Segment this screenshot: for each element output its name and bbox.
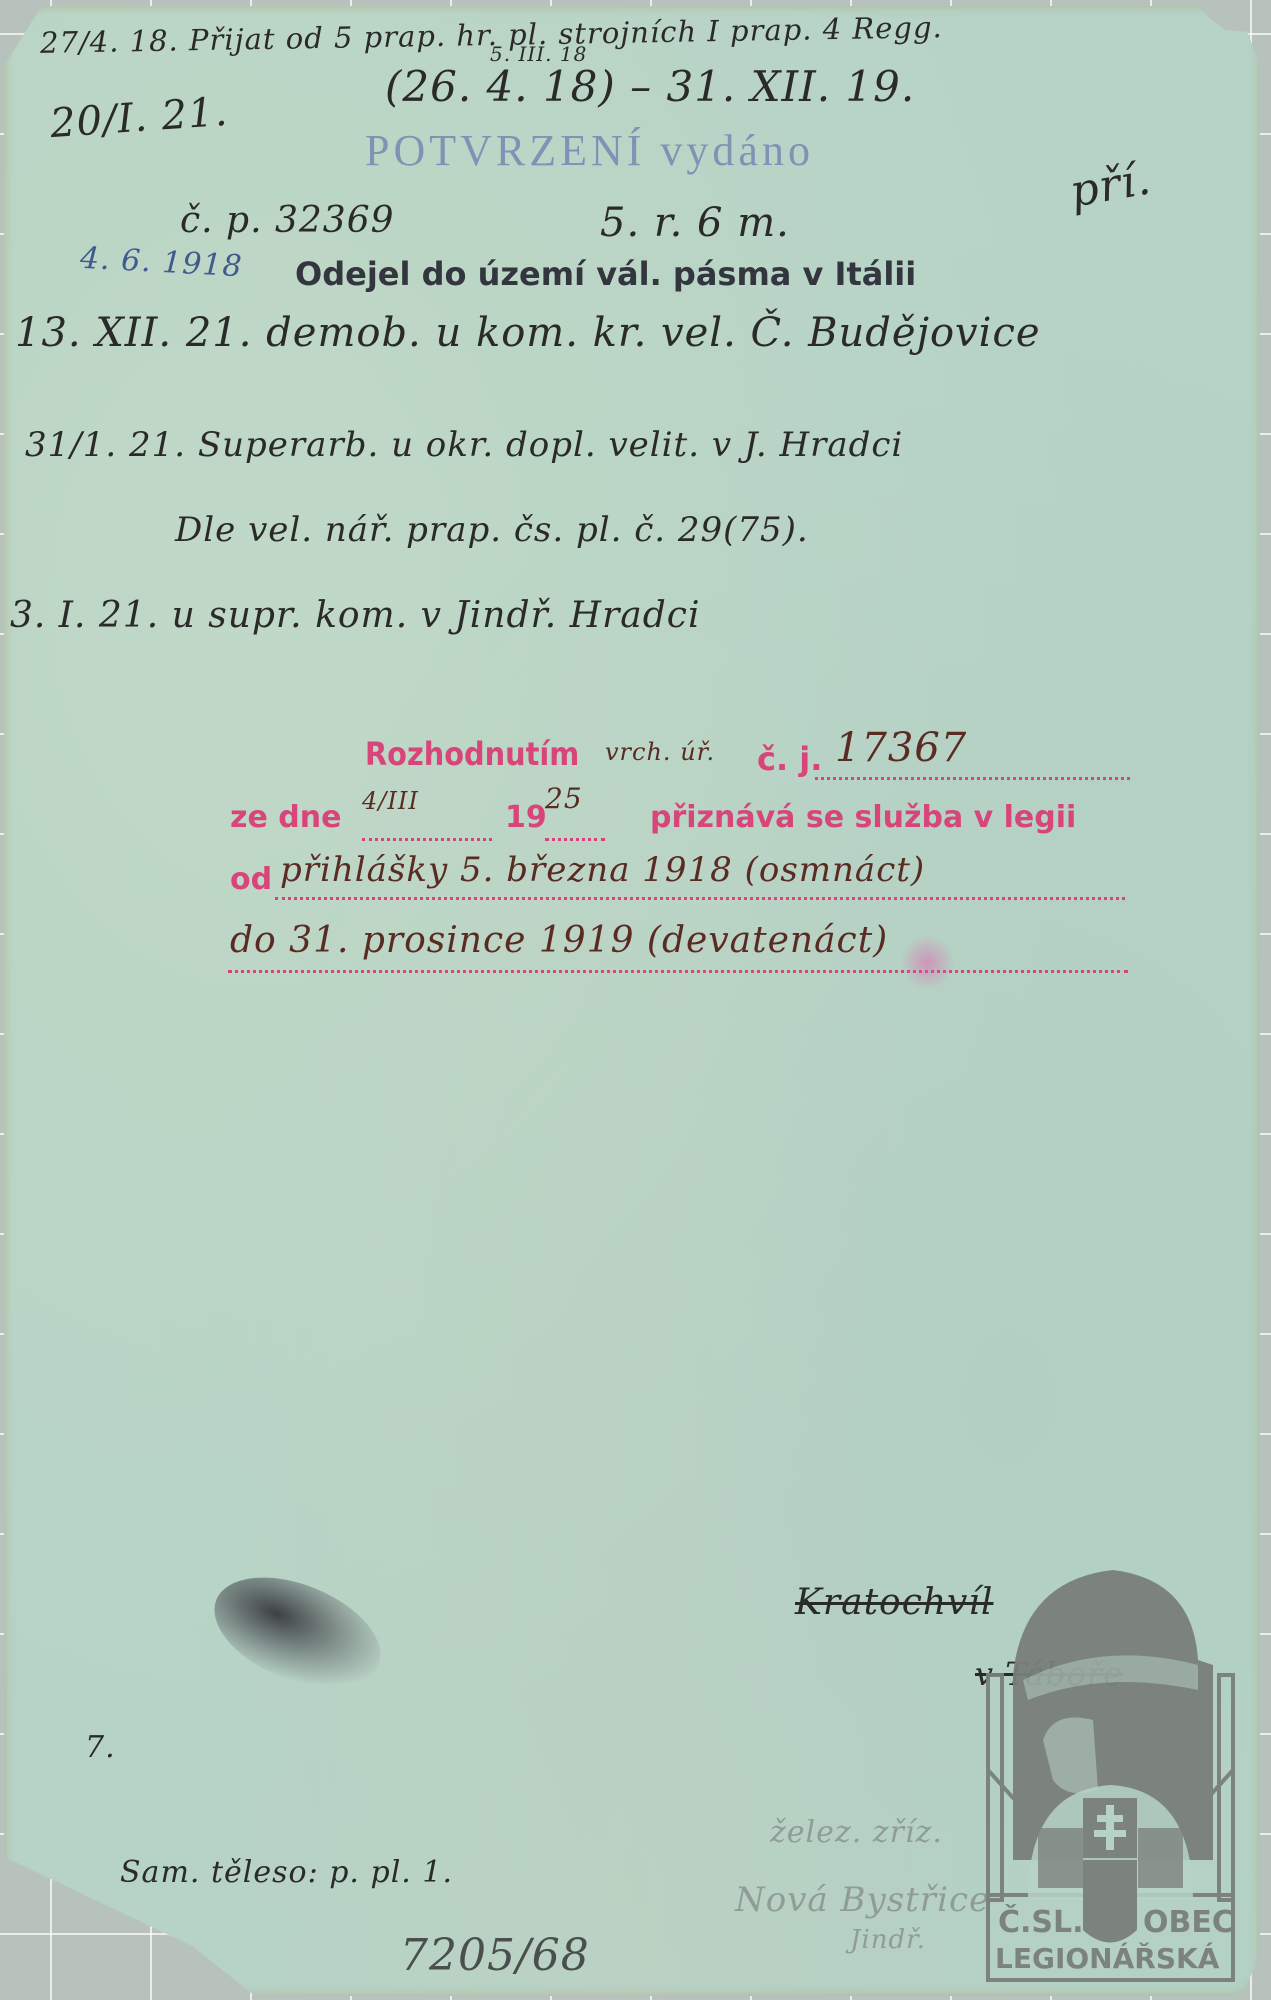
pencil-note-1: želez. zříz. [770, 1815, 943, 1850]
logo-text-obec: OBEC [1143, 1905, 1234, 1940]
decision-from-value: přihlášky 5. března 1918 (osmnáct) [280, 850, 925, 890]
logo-text-legionarska: LEGIONÁŘSKÁ [995, 1942, 1219, 1975]
archive-number: 7205/68 [400, 1930, 590, 1981]
decision-date-label: ze dne [230, 800, 341, 835]
date-underline [362, 838, 492, 841]
logo-text-csl: Č.SL. [998, 1905, 1084, 1940]
decision-year-prefix: 19 [505, 800, 547, 835]
confirmation-stamp: POTVRZENÍ vydáno [365, 125, 814, 176]
to-underline [228, 970, 1128, 973]
from-underline [275, 897, 1125, 900]
entry-supr-kom: 3. I. 21. u supr. kom. v Jindř. Hradci [10, 595, 700, 636]
ink-blot [900, 935, 955, 990]
decision-year-suffix: 25 [545, 782, 583, 815]
bottom-note: Sam. těleso: p. pl. 1. [120, 1855, 453, 1890]
decision-date-value: 4/III [362, 787, 419, 815]
pencil-note-3: Jindř. [850, 1925, 926, 1955]
decision-authority: vrch. úř. [605, 738, 715, 766]
entry-vel: Dle vel. nář. prap. čs. pl. č. 29(75). [175, 510, 809, 550]
decision-word: Rozhodnutím [365, 735, 579, 773]
decision-to-value: do 31. prosince 1919 (devatenáct) [230, 920, 888, 961]
decision-cj-number: 17367 [835, 725, 967, 771]
small-mark: 7. [85, 1730, 116, 1765]
service-range: (26. 4. 18) – 31. XII. 19. [385, 62, 915, 111]
pencil-note-2: Nová Bystřice [735, 1880, 990, 1920]
signature-struck: Kratochvíl [795, 1582, 993, 1623]
legion-logo: Č.SL. OBEC LEGIONÁŘSKÁ [983, 1560, 1238, 1985]
decision-cj-label: č. j. [757, 740, 822, 778]
decision-service-text: přiznává se služba v legii [650, 800, 1076, 835]
departure-stamp: Odejel do území vál. pásma v Itálii [295, 255, 916, 293]
cp-number: č. p. 32369 [180, 200, 395, 241]
entry-superarb: 31/1. 21. Superarb. u okr. dopl. velit. … [25, 425, 903, 465]
cj-underline [815, 777, 1130, 780]
entry-demob: 13. XII. 21. demob. u kom. kr. vel. Č. B… [15, 310, 1041, 356]
decision-from-label: od [230, 862, 272, 897]
year-underline [545, 838, 605, 841]
rank-note: 5. r. 6 m. [600, 200, 790, 246]
